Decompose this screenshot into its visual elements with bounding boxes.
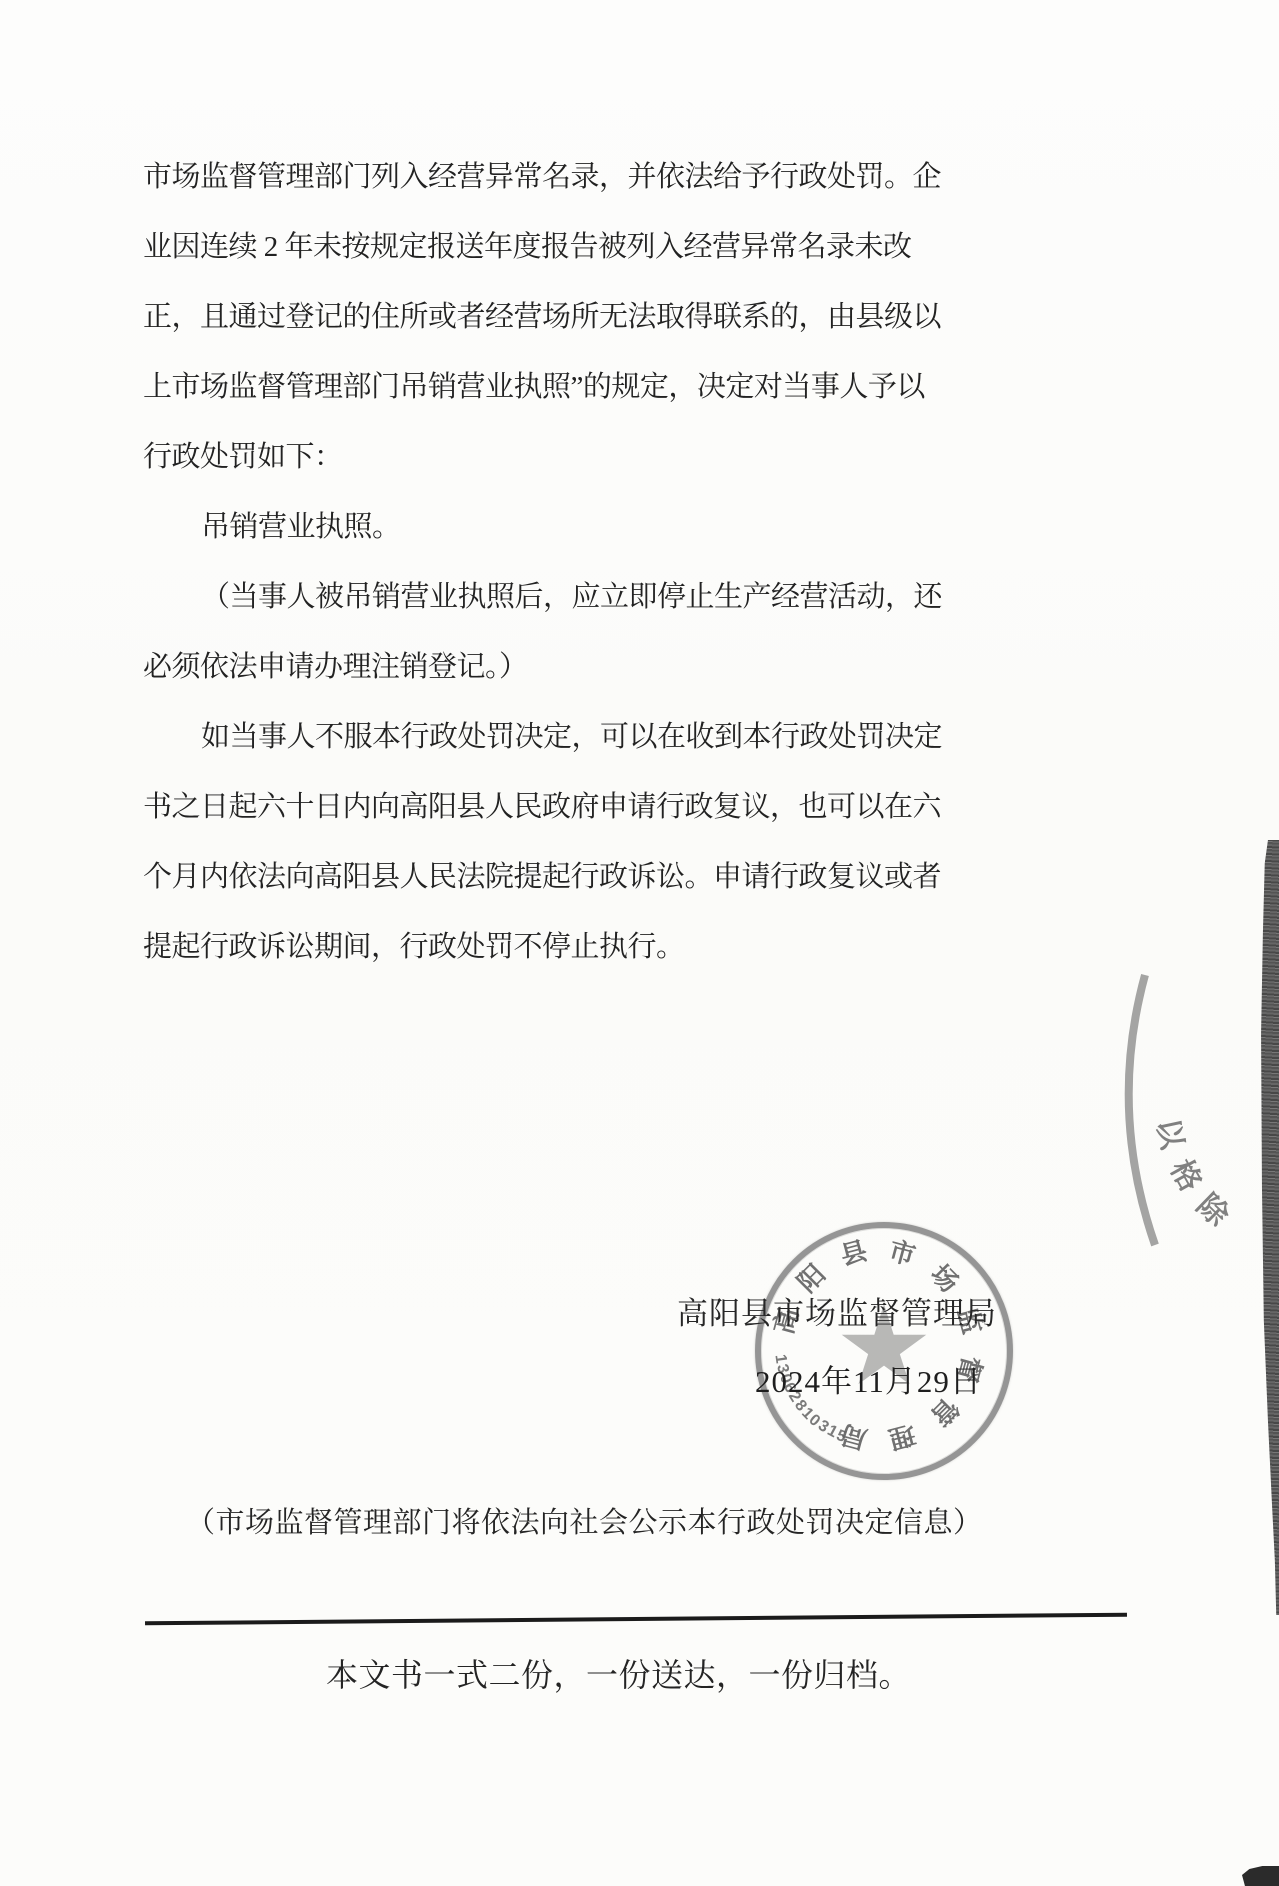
text-line: 市场监督管理部门列入经营异常名录，并依法给予行政处罚。企 [143,142,943,212]
penalty-decision-line: 吊销营业执照。 [143,492,943,562]
text-line: 行政处罚如下： [143,422,943,492]
text-line: 正，且通过登记的住所或者经营场所无法取得联系的，由县级以 [143,282,943,352]
corner-artifact [1242,1866,1279,1886]
text-line: （当事人被吊销营业执照后，应立即停止生产经营活动，还 [143,562,943,632]
text-line: 书之日起六十日内向高阳县人民政府申请行政复议，也可以在六 [143,772,943,842]
partial-seal-arc [1100,950,1279,1260]
text-line: 个月内依法向高阳县人民法院提起行政诉讼。申请行政复议或者 [143,842,943,912]
signature-agency: 高阳县市场监督管理局 [677,1288,997,1333]
footer-note: 本文书一式二份，一份送达，一份归档。 [326,1650,911,1696]
text-line: 如当事人不服本行政处罚决定，可以在收到本行政处罚决定 [143,702,943,772]
partial-seal: 以格除 [1100,950,1279,1260]
divider-rule [145,1613,1127,1626]
text-line: 必须依法申请办理注销登记。） [143,632,943,702]
publicity-note: （市场监督管理部门将依法向社会公示本行政处罚决定信息） [186,1500,983,1541]
text-line: 提起行政诉讼期间，行政处罚不停止执行。 [143,912,943,982]
text-line: 上市场监督管理部门吊销营业执照”的规定，决定对当事人予以 [143,352,943,422]
body-text: 市场监督管理部门列入经营异常名录，并依法给予行政处罚。企 业因连续 2 年未按规… [143,142,943,982]
scanned-document-page: 市场监督管理部门列入经营异常名录，并依法给予行政处罚。企 业因连续 2 年未按规… [0,0,1279,1886]
text-line: 业因连续 2 年未按规定报送年度报告被列入经营异常名录未改 [143,212,943,282]
official-seal: 高阳县市场监督管理局 13062810315 [755,1222,1013,1480]
signature-date: 2024年11月29日 [755,1356,982,1401]
